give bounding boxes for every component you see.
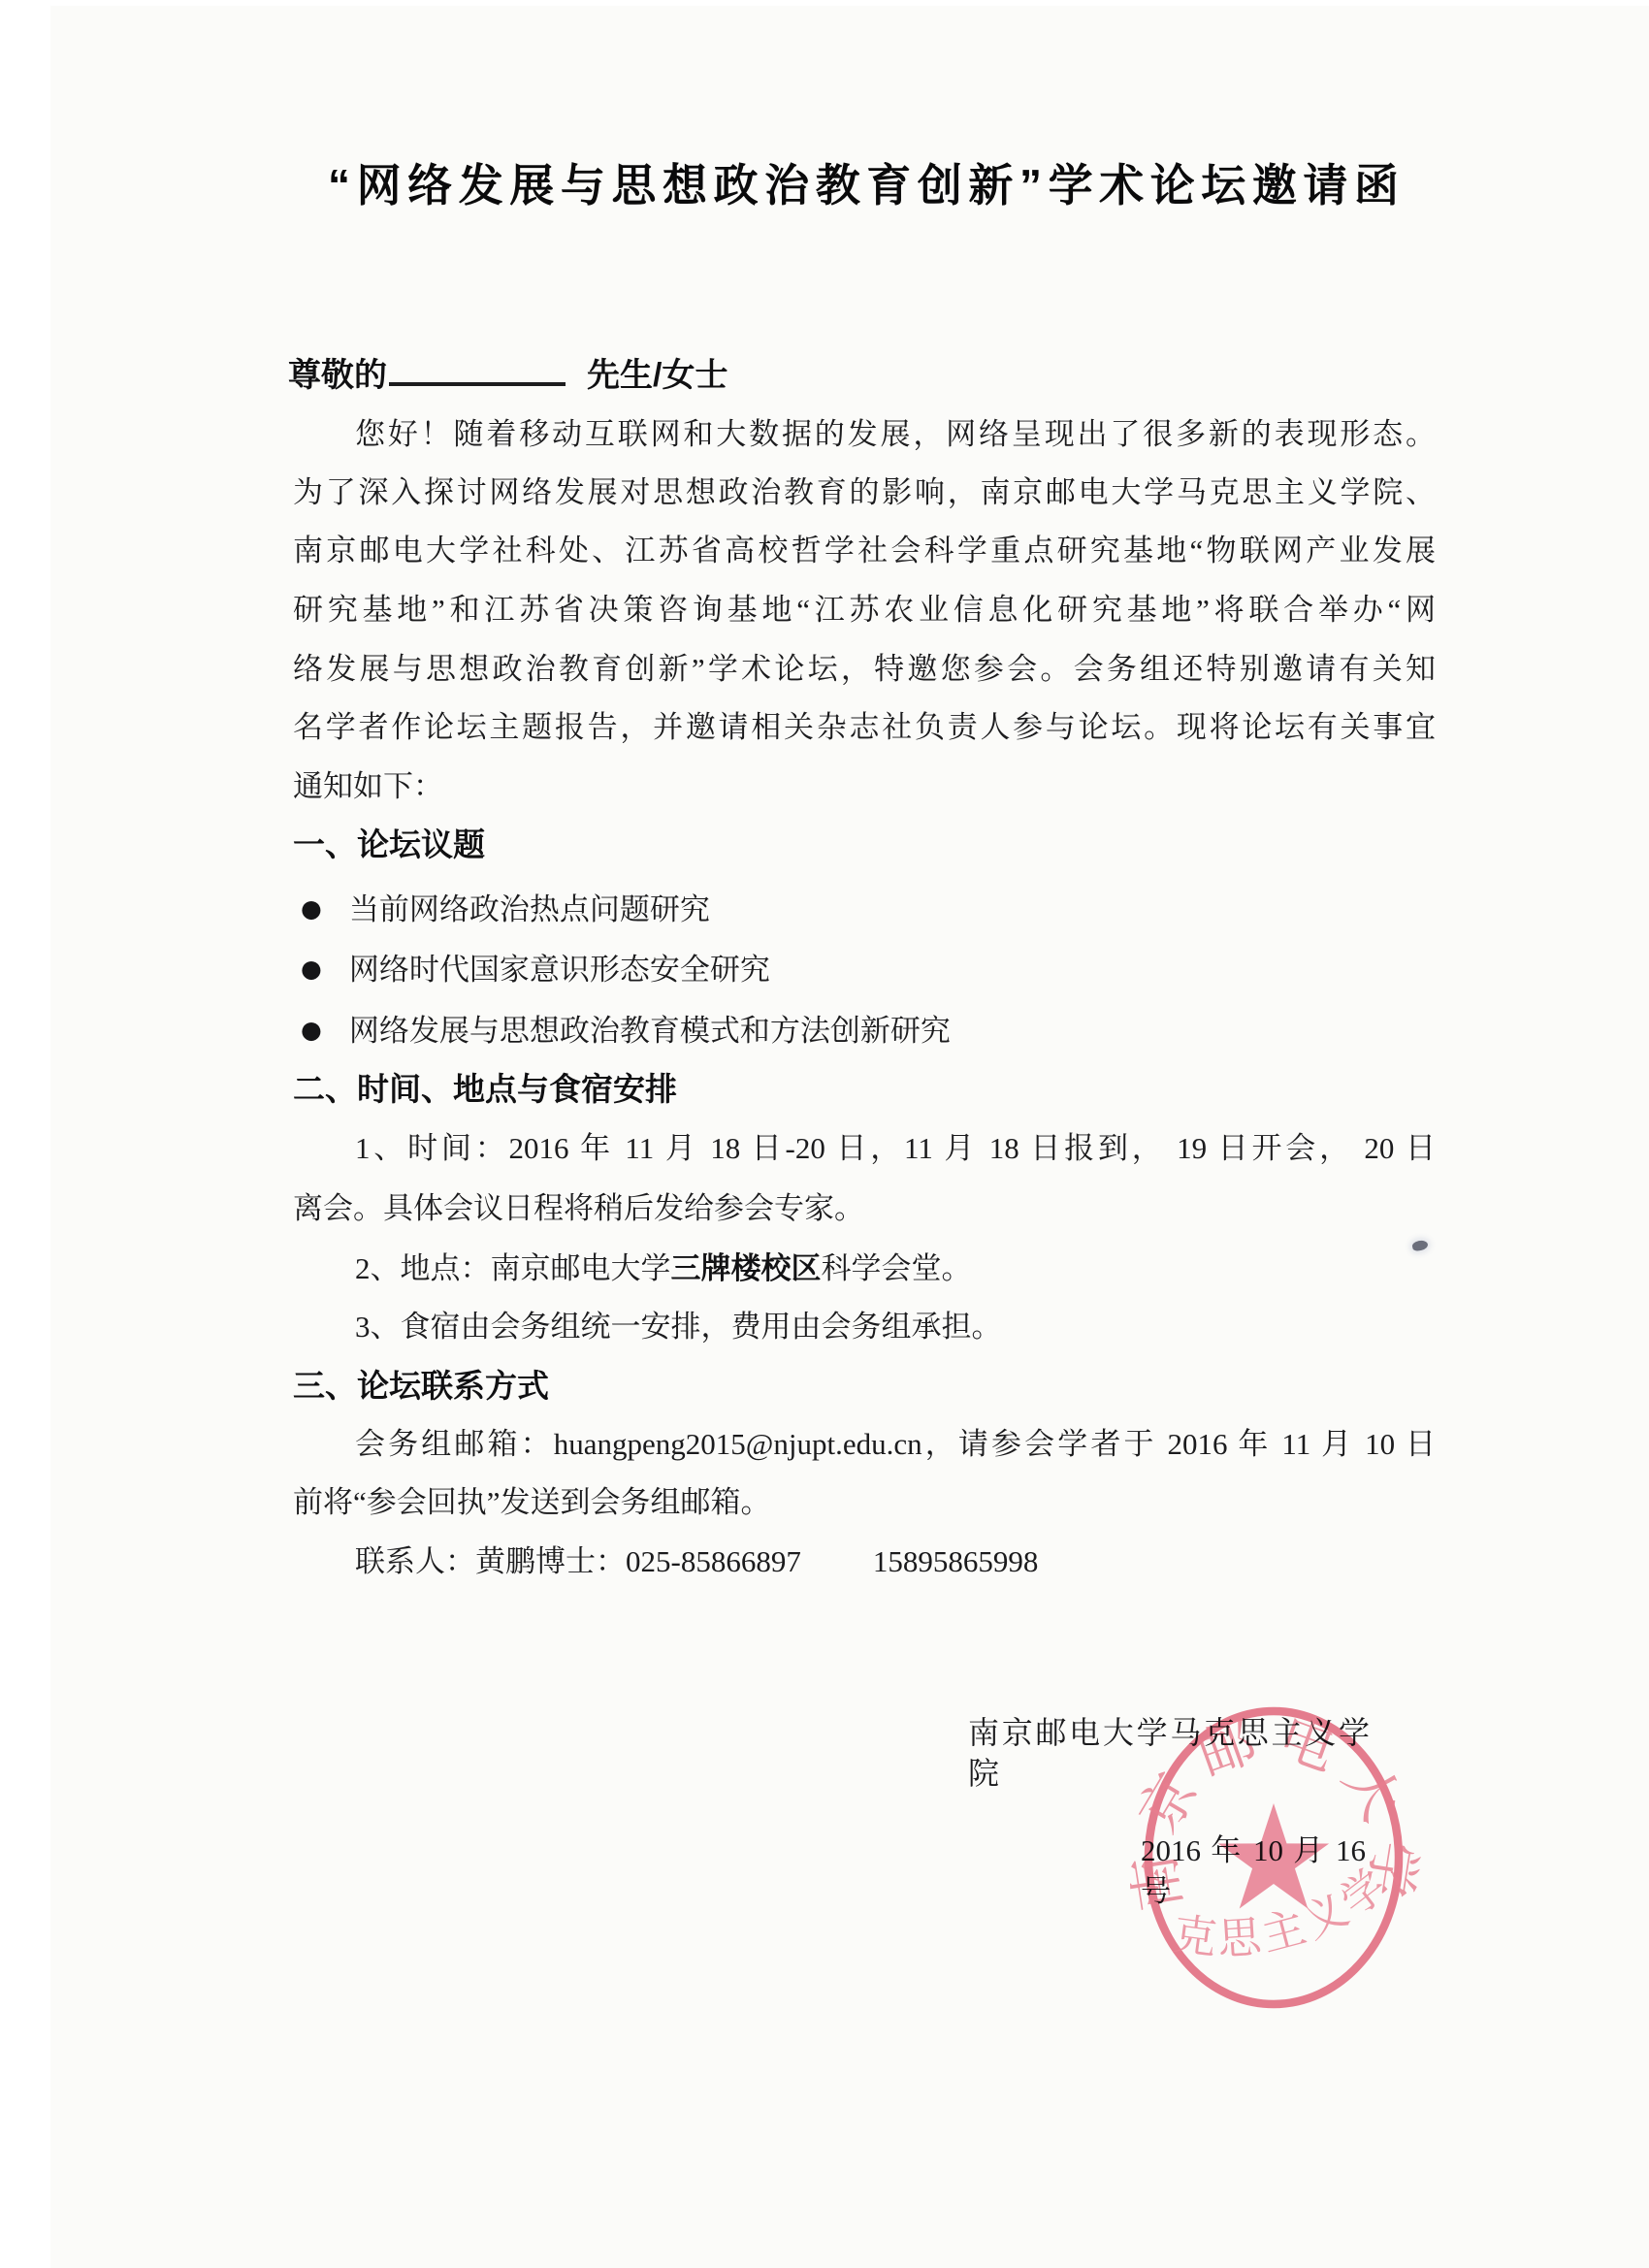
- body-line: 为了深入探讨网络发展对思想政治教育的影响，南京邮电大学马克思主义学院、: [293, 472, 1436, 513]
- body-line: 名学者作论坛主题报告，并邀请相关杂志社负责人参与论坛。现将论坛有关事宜: [293, 707, 1436, 748]
- section-1-heading: 一、论坛议题: [293, 824, 485, 866]
- bullet-icon: ●: [301, 955, 322, 983]
- contact-phone: 025-85866897: [626, 1544, 801, 1578]
- body-line: 2、地点：南京邮电大学三牌楼校区科学会堂。: [293, 1248, 1498, 1289]
- agenda-bullet-item: ●当前网络政治热点问题研究: [301, 889, 710, 936]
- salutation-suffix: 先生/女士: [587, 357, 727, 394]
- body-line: 1、时间：2016 年 11 月 18 日-20 日，11 月 18 日报到， …: [293, 1128, 1436, 1169]
- bullet-icon: ●: [301, 894, 322, 923]
- body-line: 前将“参会回执”发送到会务组邮箱。: [293, 1482, 1436, 1523]
- body-line: 3、食宿由会务组统一安排，费用由会务组承担。: [293, 1307, 1498, 1347]
- agenda-bullet-item: ●网络发展与思想政治教育模式和方法创新研究: [301, 1010, 951, 1057]
- bullet-text: 网络时代国家意识形态安全研究: [349, 953, 770, 987]
- contact-label: 联系人：黄鹏博士：: [355, 1544, 626, 1578]
- bullet-text: 当前网络政治热点问题研究: [349, 892, 710, 926]
- body-line: 会务组邮箱：huangpeng2015@njupt.edu.cn，请参会学者于 …: [293, 1424, 1436, 1465]
- contact-mobile: 15895865998: [873, 1544, 1039, 1578]
- official-seal-stamp: 南京邮电大学 马克思主义学院: [1120, 1686, 1431, 2025]
- bullet-text: 网络发展与思想政治教育模式和方法创新研究: [349, 1014, 951, 1048]
- document-title: “网络发展与思想政治教育创新”学术论坛邀请函: [328, 156, 1399, 214]
- section-3-heading: 三、论坛联系方式: [293, 1365, 549, 1408]
- bullet-icon: ●: [301, 1016, 322, 1044]
- scan-white-edge: [0, 0, 50, 2268]
- salutation-prefix: 尊敬的: [288, 357, 387, 394]
- body-line: 离会。具体会议日程将稍后发给参会专家。: [293, 1188, 1436, 1229]
- section-2-heading: 二、时间、地点与食宿安排: [293, 1068, 677, 1111]
- location-suffix: 科学会堂。: [822, 1251, 972, 1285]
- name-blank-underline: [389, 368, 566, 386]
- agenda-bullet-item: ●网络时代国家意识形态安全研究: [301, 949, 770, 996]
- contact-line: 联系人：黄鹏博士：025-8586689715895865998: [293, 1541, 1498, 1582]
- star-icon: [1218, 1803, 1329, 1909]
- body-line: 络发展与思想政治教育创新”学术论坛，特邀您参会。会务组还特别邀请有关知: [293, 649, 1436, 690]
- salutation-line: 尊敬的先生/女士: [288, 355, 727, 403]
- body-line: 研究基地”和江苏省决策咨询基地“江苏农业信息化研究基地”将联合举办“网: [293, 590, 1436, 631]
- body-line: 您好！随着移动互联网和大数据的发展，网络呈现出了很多新的表现形态。: [293, 414, 1436, 455]
- location-prefix: 2、地点：南京邮电大学: [355, 1251, 671, 1285]
- body-line: 南京邮电大学社科处、江苏省高校哲学社会科学重点研究基地“物联网产业发展: [293, 531, 1436, 571]
- location-campus-bold: 三牌楼校区: [671, 1251, 822, 1285]
- scanned-invitation-letter: “网络发展与思想政治教育创新”学术论坛邀请函 尊敬的先生/女士 您好！随着移动互…: [0, 0, 1649, 2268]
- body-line: 通知如下：: [293, 766, 1436, 807]
- scan-white-edge-top: [0, 0, 1649, 6]
